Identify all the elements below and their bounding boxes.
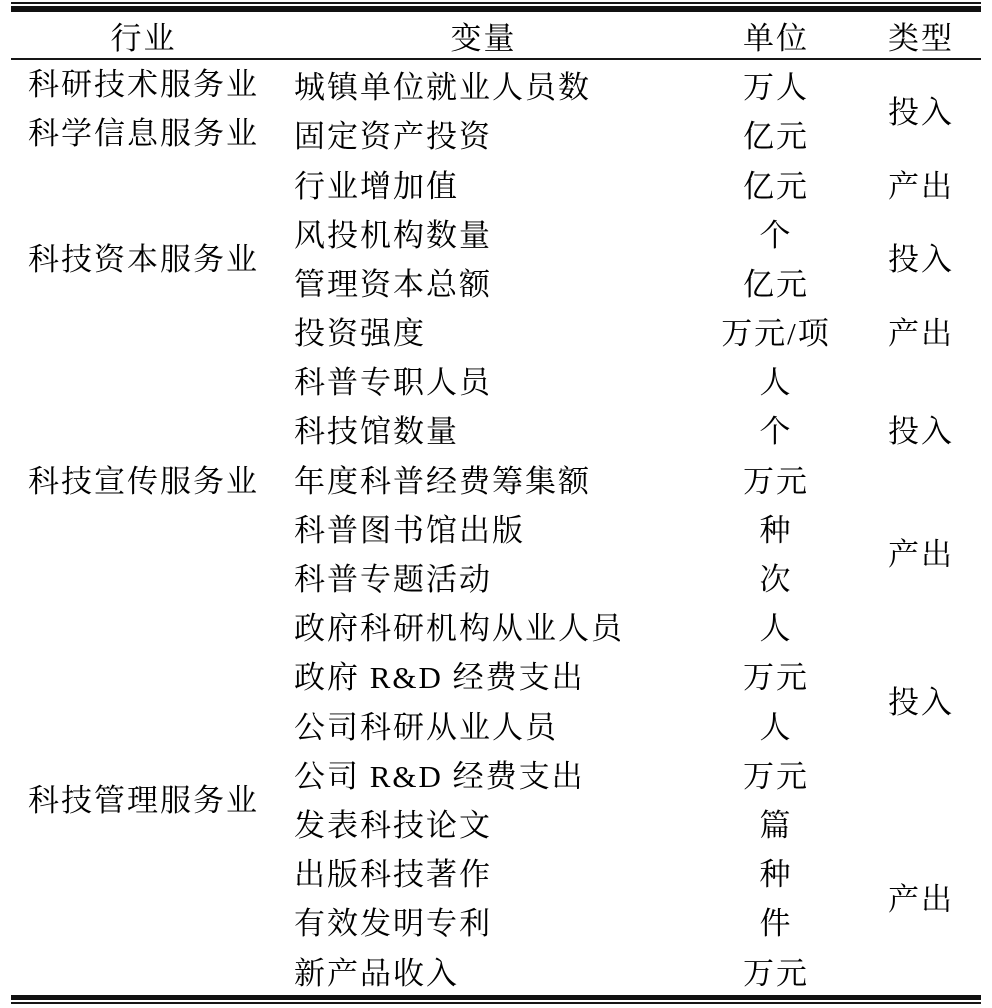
industry-label: 科学信息服务业 (11, 109, 276, 158)
type-cell: 投入 (861, 601, 981, 798)
unit-cell: 人 (691, 355, 861, 404)
variable-cell: 科普专题活动 (276, 552, 691, 601)
industry-cell-group1: 科研技术服务业 科学信息服务业 (11, 59, 276, 158)
table-row: 科研技术服务业 科学信息服务业 城镇单位就业人员数 万人 投入 (11, 59, 981, 109)
bottom-rule-thick (11, 995, 981, 1000)
industry-cell-group2: 科技资本服务业 (11, 158, 276, 355)
unit-cell: 人 (691, 699, 861, 748)
variable-cell: 公司 R&D 经费支出 (276, 749, 691, 798)
top-rule-thin (11, 2, 981, 4)
variable-cell: 年度科普经费筹集额 (276, 454, 691, 503)
unit-cell: 亿元 (691, 158, 861, 207)
unit-cell: 万人 (691, 59, 861, 109)
variable-cell: 发表科技论文 (276, 798, 691, 847)
type-cell: 产出 (861, 798, 981, 995)
indicator-table: 行业 变量 单位 类型 科研技术服务业 科学信息服务业 城镇单位就业人员数 万人… (11, 12, 981, 995)
variable-cell: 政府 R&D 经费支出 (276, 650, 691, 699)
col-header-variable: 变量 (276, 12, 691, 59)
variable-cell: 风投机构数量 (276, 208, 691, 257)
variable-cell: 出版科技著作 (276, 847, 691, 896)
variable-cell: 固定资产投资 (276, 109, 691, 159)
variable-cell: 政府科研机构从业人员 (276, 601, 691, 650)
variable-cell: 科技馆数量 (276, 404, 691, 453)
industry-label: 科研技术服务业 (11, 60, 276, 109)
unit-cell: 篇 (691, 798, 861, 847)
table-row: 科技宣传服务业 科普专职人员 人 投入 (11, 355, 981, 404)
variable-cell: 城镇单位就业人员数 (276, 59, 691, 109)
unit-cell: 次 (691, 552, 861, 601)
unit-cell: 亿元 (691, 109, 861, 159)
unit-cell: 种 (691, 503, 861, 552)
industry-cell-group3: 科技宣传服务业 (11, 355, 276, 601)
unit-cell: 亿元 (691, 257, 861, 306)
variable-cell: 投资强度 (276, 306, 691, 355)
table-row: 科技管理服务业 政府科研机构从业人员 人 投入 (11, 601, 981, 650)
variable-cell: 公司科研从业人员 (276, 699, 691, 748)
variable-cell: 新产品收入 (276, 945, 691, 994)
unit-cell: 万元/项 (691, 306, 861, 355)
unit-cell: 件 (691, 896, 861, 945)
unit-cell: 种 (691, 847, 861, 896)
variable-cell: 有效发明专利 (276, 896, 691, 945)
type-cell: 产出 (861, 306, 981, 355)
variable-cell: 科普图书馆出版 (276, 503, 691, 552)
type-cell: 投入 (861, 208, 981, 306)
type-cell: 投入 (861, 355, 981, 503)
paper-table-page: 行业 变量 单位 类型 科研技术服务业 科学信息服务业 城镇单位就业人员数 万人… (11, 0, 981, 1004)
table-row: 科技资本服务业 行业增加值 亿元 产出 (11, 158, 981, 207)
variable-cell: 管理资本总额 (276, 257, 691, 306)
unit-cell: 个 (691, 404, 861, 453)
bottom-rule-thin (11, 1002, 981, 1004)
col-header-industry: 行业 (11, 12, 276, 59)
unit-cell: 个 (691, 208, 861, 257)
variable-cell: 科普专职人员 (276, 355, 691, 404)
type-cell: 投入 (861, 59, 981, 158)
type-cell: 产出 (861, 158, 981, 207)
col-header-type: 类型 (861, 12, 981, 59)
industry-cell-group4: 科技管理服务业 (11, 601, 276, 995)
col-header-unit: 单位 (691, 12, 861, 59)
unit-cell: 万元 (691, 945, 861, 994)
table-header-row: 行业 变量 单位 类型 (11, 12, 981, 59)
type-cell: 产出 (861, 503, 981, 601)
unit-cell: 人 (691, 601, 861, 650)
variable-cell: 行业增加值 (276, 158, 691, 207)
unit-cell: 万元 (691, 454, 861, 503)
unit-cell: 万元 (691, 749, 861, 798)
unit-cell: 万元 (691, 650, 861, 699)
